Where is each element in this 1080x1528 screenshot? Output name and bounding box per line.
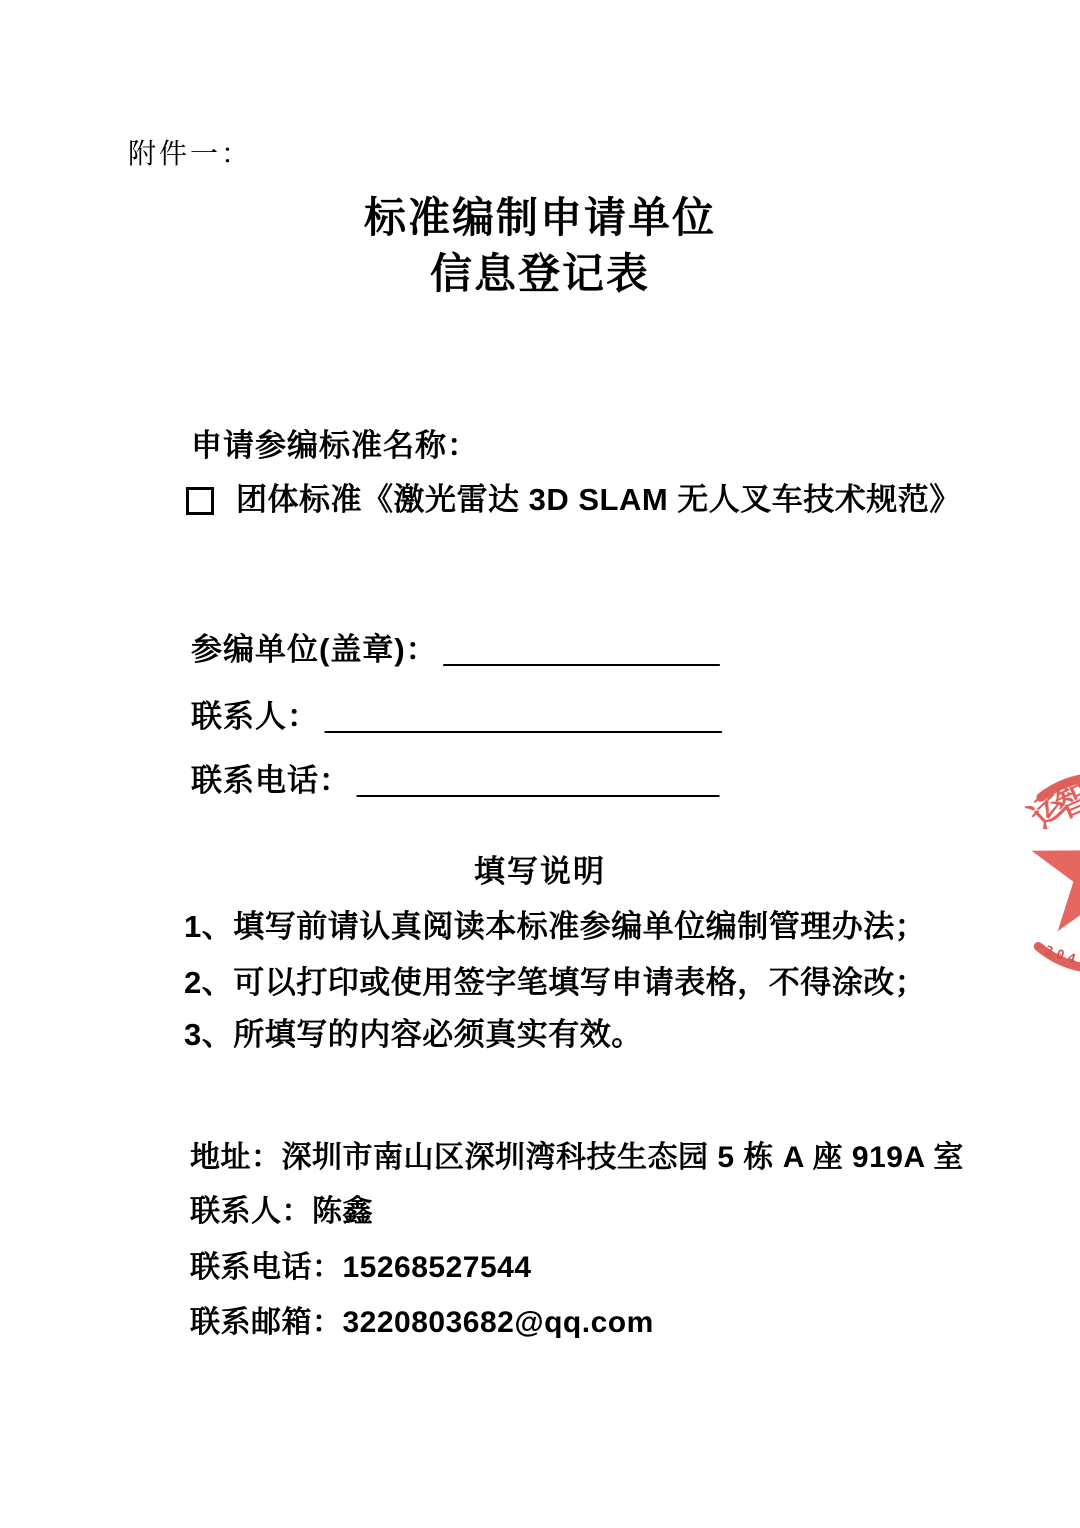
company-seal-stamp: 运 智 304 — [990, 764, 1080, 988]
instructions-heading: 填写说明 — [0, 853, 1080, 892]
unit-seal-blank-field[interactable]: ________________ — [438, 632, 720, 667]
standard-option-checkbox[interactable] — [186, 487, 214, 515]
contact-person-blank-field[interactable]: _______________________ — [319, 699, 722, 734]
address-line: 地址：深圳市南山区深圳湾科技生态园 5 栋 A 座 919A 室 — [190, 1139, 964, 1177]
contact-person-row: 联系人：_______________________ — [191, 698, 722, 737]
contact-name-line: 联系人：陈鑫 — [190, 1193, 373, 1231]
unit-seal-label: 参编单位(盖章)： — [191, 632, 438, 667]
contact-phone-row: 联系电话：_____________________ — [191, 762, 719, 801]
contact-phone-blank-field[interactable]: _____________________ — [351, 763, 719, 798]
standard-name-heading: 申请参编标准名称： — [191, 427, 479, 466]
unit-seal-row: 参编单位(盖章)：________________ — [191, 631, 720, 670]
instruction-item-2: 2、可以打印或使用签字笔填写申请表格，不得涂改； — [184, 964, 926, 1003]
document-page: 附件一： 标准编制申请单位 信息登记表 申请参编标准名称： 团体标准《激光雷达 … — [0, 0, 1080, 1528]
contact-email-line: 联系邮箱：3220803682@qq.com — [190, 1304, 654, 1342]
contact-phone-line: 联系电话：15268527544 — [190, 1249, 532, 1287]
document-title-line1: 标准编制申请单位 — [0, 192, 1080, 245]
instruction-item-1: 1、填写前请认真阅读本标准参编单位编制管理办法； — [184, 908, 926, 947]
instruction-item-3: 3、所填写的内容必须真实有效。 — [184, 1016, 643, 1055]
standard-option-label: 团体标准《激光雷达 3D SLAM 无人叉车技术规范》 — [236, 481, 961, 520]
attachment-label: 附件一： — [128, 137, 252, 172]
contact-person-label: 联系人： — [191, 699, 319, 734]
standard-option-row: 团体标准《激光雷达 3D SLAM 无人叉车技术规范》 — [186, 481, 961, 520]
document-title-line2: 信息登记表 — [0, 248, 1080, 301]
contact-phone-label: 联系电话： — [191, 763, 351, 798]
